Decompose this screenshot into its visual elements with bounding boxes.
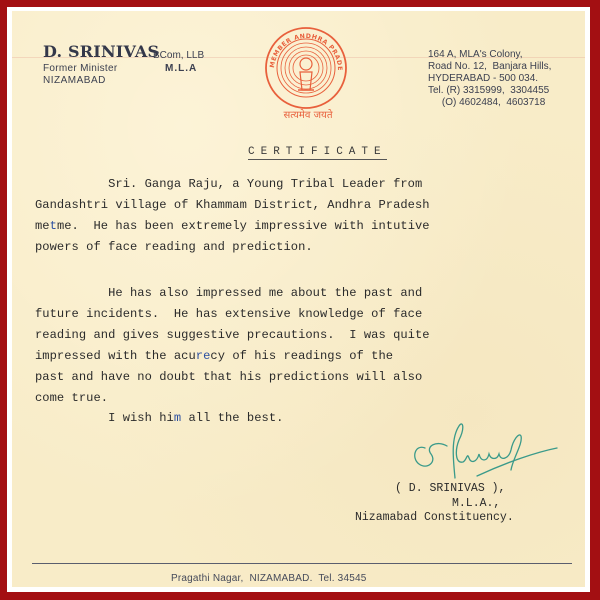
signatory-constituency: Nizamabad Constituency. bbox=[355, 511, 514, 524]
letterhead-role: Former Minister bbox=[43, 63, 118, 74]
paragraph-line: future incidents. He has extensive knowl… bbox=[35, 304, 575, 325]
assembly-seal-icon: MEMBER ANDHRA PRADESH LEGISLATIVE ASSEMB… bbox=[258, 24, 354, 124]
address-line: (O) 4602484, 4603718 bbox=[428, 97, 551, 109]
typed-text: I wish hi bbox=[35, 411, 174, 425]
paragraph-line: come true. bbox=[35, 388, 575, 409]
paragraph-line: He has also impressed me about the past … bbox=[35, 283, 575, 304]
handwritten-correction: re bbox=[196, 349, 211, 363]
typed-text: me bbox=[35, 219, 50, 233]
address-line: 164 A, MLA's Colony, bbox=[428, 49, 551, 61]
address-line: HYDERABAD - 500 034. bbox=[428, 73, 551, 85]
letterhead-place: NIZAMABAD bbox=[43, 75, 106, 86]
letterhead-name: D. SRINIVAS bbox=[43, 42, 159, 61]
typed-text: all the best. bbox=[181, 411, 283, 425]
address-line: Road No. 12, Banjara Hills, bbox=[428, 61, 551, 73]
handwritten-correction: t bbox=[50, 219, 57, 233]
letterhead-designation: M.L.A bbox=[165, 63, 197, 74]
address-line: Tel. (R) 3315999, 3304455 bbox=[428, 85, 551, 97]
seal-motto: सत्यमेव जयते bbox=[283, 109, 332, 121]
footer-address: Pragathi Nagar, NIZAMABAD. Tel. 34545 bbox=[171, 573, 367, 584]
paragraph-line: reading and gives suggestive precautions… bbox=[35, 325, 575, 346]
paragraph-line: Sri. Ganga Raju, a Young Tribal Leader f… bbox=[35, 174, 575, 195]
paragraph-line: Gandashtri village of Khammam District, … bbox=[35, 195, 575, 216]
letterhead-qualifications: BCom, LLB bbox=[153, 50, 204, 61]
typed-text: impressed with the acu bbox=[35, 349, 196, 363]
certificate-paragraph-2: He has also impressed me about the past … bbox=[35, 283, 575, 409]
letterhead-paper: D. SRINIVAS BCom, LLB M.L.A Former Minis… bbox=[12, 11, 585, 587]
certificate-title: CERTIFICATE bbox=[248, 146, 387, 160]
typed-text: cy of his readings of the bbox=[210, 349, 393, 363]
paragraph-line: metme. He has been extremely impressive … bbox=[35, 216, 575, 237]
certificate-paragraph-1: Sri. Ganga Raju, a Young Tribal Leader f… bbox=[35, 174, 575, 258]
footer-rule bbox=[32, 563, 572, 564]
paragraph-line: powers of face reading and prediction. bbox=[35, 237, 575, 258]
paragraph-line: past and have no doubt that his predicti… bbox=[35, 367, 575, 388]
signatory-name: ( D. SRINIVAS ), bbox=[395, 482, 505, 495]
typed-text: me. He has been extremely impressive wit… bbox=[57, 219, 430, 233]
letterhead-address: 164 A, MLA's Colony, Road No. 12, Banjar… bbox=[428, 49, 551, 109]
paragraph-line: impressed with the acurecy of his readin… bbox=[35, 346, 575, 367]
signatory-title: M.L.A., bbox=[452, 497, 500, 510]
